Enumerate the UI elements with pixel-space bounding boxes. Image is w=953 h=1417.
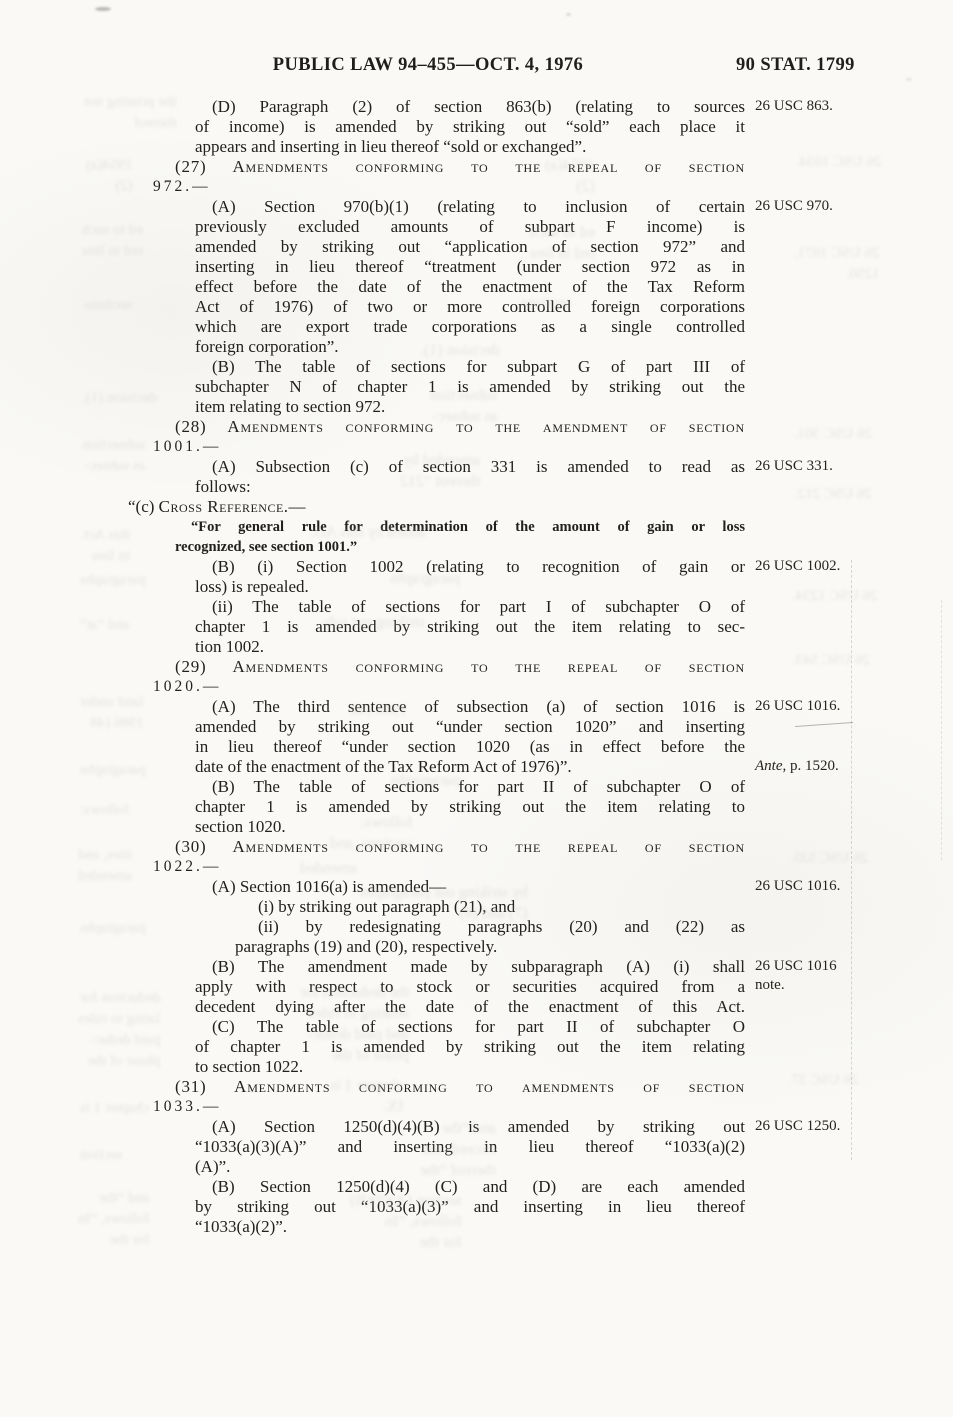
statute-line: decedent dying after the date of the ena… bbox=[128, 997, 745, 1017]
statute-line: in lieu thereof “under section 1020 (as … bbox=[128, 737, 745, 757]
statute-line: “For general rule for determination of t… bbox=[128, 517, 745, 537]
statute-line: (ii) by redesignating paragraphs (20) an… bbox=[128, 917, 745, 937]
margin-note: 26 USC 1016. bbox=[755, 697, 877, 716]
statute-line: which are export trade corporations as a… bbox=[128, 317, 745, 337]
scanned-statute-page: { "header": { "title": "PUBLIC LAW 94–45… bbox=[0, 0, 953, 1417]
margin-note-italic-lead: Ante bbox=[755, 758, 783, 774]
statute-line: (A) Section 1016(a) is amended— bbox=[128, 877, 745, 897]
statute-line: (i) by striking out paragraph (21), and bbox=[128, 897, 745, 917]
statute-line: recognized, see section 1001.” bbox=[128, 537, 745, 557]
bleedthrough-fragment: and “at” bbox=[80, 615, 130, 636]
statute-line: (A) The third sentence of subsection (a)… bbox=[128, 697, 745, 717]
statute-line: (30) Amendments conforming to the repeal… bbox=[128, 837, 745, 857]
page-header-stat-number: 90 STAT. 1799 bbox=[736, 55, 855, 76]
statute-line: (B) The table of sections for subpart G … bbox=[128, 357, 745, 377]
statute-line: inserting in lieu thereof “treatment (un… bbox=[128, 257, 745, 277]
statute-line: apply with respect to stock or securitie… bbox=[128, 977, 745, 997]
bleedthrough-fragment: 26 USC 301. bbox=[794, 424, 872, 445]
statute-line: by striking out “1033(a)(3)” and inserti… bbox=[128, 1197, 745, 1217]
page-edge-marks bbox=[941, 600, 942, 860]
ink-smudge bbox=[906, 78, 912, 81]
statute-line: (B) The table of sections for part II of… bbox=[128, 777, 745, 797]
statute-line: (B) (i) Section 1002 (relating to recogn… bbox=[128, 557, 745, 577]
statute-line: (B) Section 1250(d)(4) (C) and (D) are e… bbox=[128, 1177, 745, 1197]
statute-line: tion 1002. bbox=[128, 637, 745, 657]
bleedthrough-fragment: 26 USC 1034. bbox=[796, 152, 881, 173]
margin-note: Ante, p. 1520. bbox=[755, 757, 877, 776]
statute-line: (27) Amendments conforming to the repeal… bbox=[128, 157, 745, 177]
statute-line: of income) is amended by striking out “s… bbox=[128, 117, 745, 137]
margin-note: 26 USC 863. bbox=[755, 97, 877, 116]
statute-line: effect before the date of the enactment … bbox=[128, 277, 745, 297]
statute-line: paragraphs (19) and (20), respectively. bbox=[128, 937, 745, 957]
statute-line: (C) The table of sections for part II of… bbox=[128, 1017, 745, 1037]
statute-line: “1033(a)(3)(A)” and inserting in lieu th… bbox=[128, 1137, 745, 1157]
statute-line: 1033.— bbox=[128, 1097, 745, 1117]
statute-line: chapter 1 is amended by striking out the… bbox=[128, 797, 745, 817]
bleedthrough-fragment: sections bbox=[84, 295, 132, 316]
statute-line: (B) The amendment made by subparagraph (… bbox=[128, 957, 745, 977]
margin-note: 26 USC 1016. bbox=[755, 877, 877, 896]
statute-line: Act of 1976) of two or more controlled f… bbox=[128, 297, 745, 317]
statute-line: subchapter N of chapter 1 is amended by … bbox=[128, 377, 745, 397]
statute-line: (A) Section 1250(d)(4)(B) is amended by … bbox=[128, 1117, 745, 1137]
bleedthrough-fragment: 26 USC 1234. bbox=[792, 586, 877, 607]
line-lead: “(c) bbox=[128, 497, 159, 516]
statute-line: appears and inserting in lieu thereof “s… bbox=[128, 137, 745, 157]
margin-note-text: , p. 1520. bbox=[783, 758, 839, 774]
statute-line: 1001.— bbox=[128, 437, 745, 457]
statute-line: (A)”. bbox=[128, 1157, 745, 1177]
statute-line: section 1020. bbox=[128, 817, 745, 837]
statute-text-column: (D) Paragraph (2) of section 863(b) (rel… bbox=[128, 97, 745, 1237]
statute-line: amended by striking out “under section 1… bbox=[128, 717, 745, 737]
statute-line: item relating to section 972. bbox=[128, 397, 745, 417]
bleedthrough-fragment: 26 USC 212. bbox=[794, 484, 872, 505]
statute-line: chapter 1 is amended by striking out the… bbox=[128, 617, 745, 637]
bleedthrough-fragment: section bbox=[80, 1145, 123, 1166]
margin-note: 26 USC 1002. bbox=[755, 557, 877, 576]
bleedthrough-fragment: ities, and amended bbox=[78, 845, 132, 887]
pen-mark bbox=[795, 722, 853, 727]
margin-note: 26 USC 970. bbox=[755, 197, 877, 216]
margin-note: 26 USC 331. bbox=[755, 457, 877, 476]
statute-line: 972.— bbox=[128, 177, 745, 197]
statute-line: (D) Paragraph (2) of section 863(b) (rel… bbox=[128, 97, 745, 117]
bleedthrough-fragment: 26 USC 543. bbox=[792, 650, 870, 671]
statute-line: (A) Subsection (c) of section 331 is ame… bbox=[128, 457, 745, 477]
statute-line: (31) Amendments conforming to amendments… bbox=[128, 1077, 745, 1097]
page-header-title: PUBLIC LAW 94–455—OCT. 4, 1976 bbox=[128, 55, 728, 76]
statute-line: 1022.— bbox=[128, 857, 745, 877]
statute-line: date of the enactment of the Tax Reform … bbox=[128, 757, 745, 777]
line-text: Cross Reference.— bbox=[159, 497, 306, 516]
statute-line: to section 1022. bbox=[128, 1057, 745, 1077]
margin-note: 26 USC 1016 note. bbox=[755, 957, 877, 995]
bleedthrough-fragment: 1954(a) (2) bbox=[86, 155, 133, 197]
statute-line: (ii) The table of sections for part I of… bbox=[128, 597, 745, 617]
statute-line: of chapter 1 is amended by striking out … bbox=[128, 1037, 745, 1057]
ink-smudge bbox=[566, 13, 571, 16]
statute-line: (A) Section 970(b)(1) (relating to inclu… bbox=[128, 197, 745, 217]
statute-line: “1033(a)(2)”. bbox=[128, 1217, 745, 1237]
statute-line: follows: bbox=[128, 477, 745, 497]
margin-note: 26 USC 1250. bbox=[755, 1117, 877, 1136]
fold-line bbox=[851, 560, 852, 1160]
ink-smudge bbox=[95, 7, 111, 11]
bleedthrough-fragment: this Act. in lieu bbox=[80, 525, 130, 567]
bleedthrough-fragment: follows: bbox=[80, 800, 129, 821]
bleedthrough-fragment: 26 USC 1071, 1250. bbox=[794, 243, 879, 285]
statute-line: (28) Amendments conforming to the amendm… bbox=[128, 417, 745, 437]
statute-line: previously excluded amounts of subpart F… bbox=[128, 217, 745, 237]
statute-line: (29) Amendments conforming to the repeal… bbox=[128, 657, 745, 677]
bleedthrough-fragment: 26 USC 37. bbox=[788, 1070, 858, 1091]
statute-line: “(c) Cross Reference.— bbox=[128, 497, 745, 517]
statute-line: 1020.— bbox=[128, 677, 745, 697]
bleedthrough-fragment: 26 USC 535. bbox=[790, 848, 868, 869]
statute-line: amended by striking out “application of … bbox=[128, 237, 745, 257]
statute-line: loss) is repealed. bbox=[128, 577, 745, 597]
statute-line: foreign corporation”. bbox=[128, 337, 745, 357]
